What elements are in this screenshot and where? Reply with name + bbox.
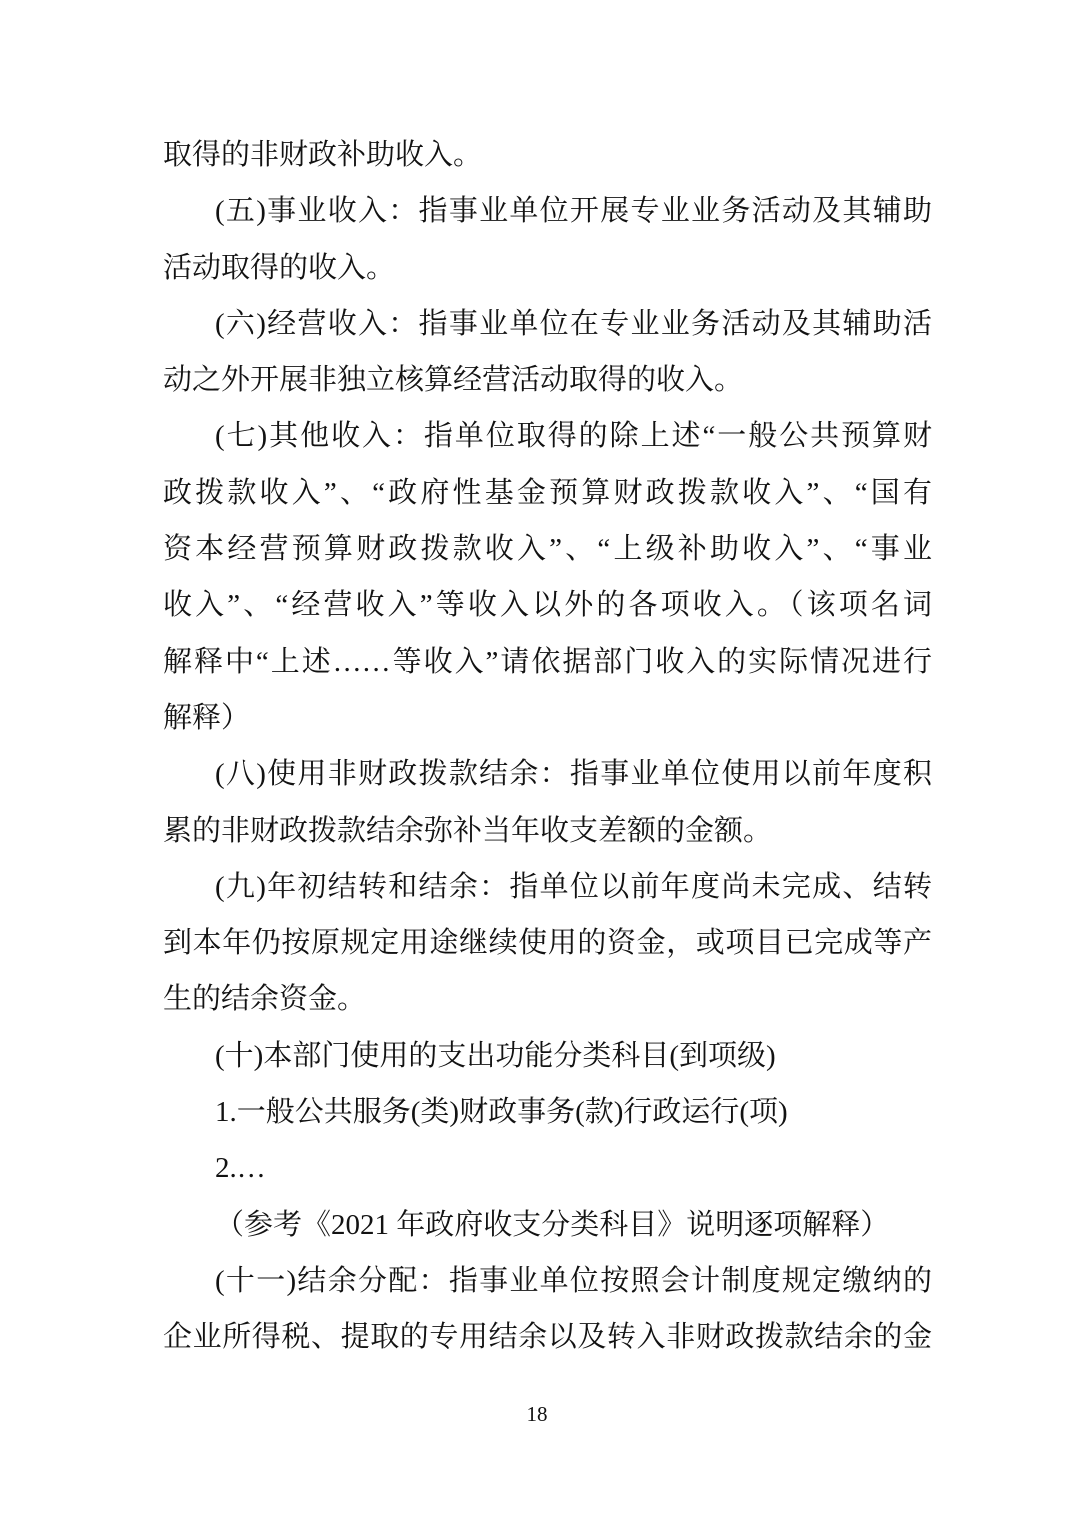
text-line: (八)使用非财政拨款结余：指事业单位使用以前年度积 (163, 746, 932, 802)
text-line: 政拨款收入”、“政府性基金预算财政拨款收入”、“国有 (163, 465, 932, 521)
text-line: 到本年仍按原规定用途继续使用的资金，或项目已完成等产 (163, 915, 932, 971)
text-line: 收入”、“经营收入”等收入以外的各项收入。（该项名词 (163, 577, 932, 633)
text-line: 解释） (163, 690, 932, 746)
text-line: 2.… (163, 1140, 932, 1196)
document-page: 取得的非财政补助收入。(五)事业收入：指事业单位开展专业业务活动及其辅助活动取得… (0, 0, 1074, 1520)
text-line: (九)年初结转和结余：指单位以前年度尚未完成、结转 (163, 859, 932, 915)
text-line: 活动取得的收入。 (163, 240, 932, 296)
text-line: 资本经营预算财政拨款收入”、“上级补助收入”、“事业 (163, 521, 932, 577)
text-line: (七)其他收入：指单位取得的除上述“一般公共预算财 (163, 408, 932, 464)
page-number: 18 (0, 1402, 1074, 1426)
text-line: 1.一般公共服务(类)财政事务(款)行政运行(项) (163, 1084, 932, 1140)
document-body: 取得的非财政补助收入。(五)事业收入：指事业单位开展专业业务活动及其辅助活动取得… (163, 127, 932, 1366)
text-line: 动之外开展非独立核算经营活动取得的收入。 (163, 352, 932, 408)
text-line: 取得的非财政补助收入。 (163, 127, 932, 183)
text-line: （参考《2021 年政府收支分类科目》说明逐项解释） (163, 1197, 932, 1253)
text-line: (十)本部门使用的支出功能分类科目(到项级) (163, 1028, 932, 1084)
text-line: (十一)结余分配：指事业单位按照会计制度规定缴纳的 (163, 1253, 932, 1309)
text-line: 企业所得税、提取的专用结余以及转入非财政拨款结余的金 (163, 1309, 932, 1365)
text-line: (五)事业收入：指事业单位开展专业业务活动及其辅助 (163, 183, 932, 239)
text-line: 解释中“上述……等收入”请依据部门收入的实际情况进行 (163, 634, 932, 690)
text-line: (六)经营收入：指事业单位在专业业务活动及其辅助活 (163, 296, 932, 352)
text-line: 累的非财政拨款结余弥补当年收支差额的金额。 (163, 803, 932, 859)
text-line: 生的结余资金。 (163, 971, 932, 1027)
